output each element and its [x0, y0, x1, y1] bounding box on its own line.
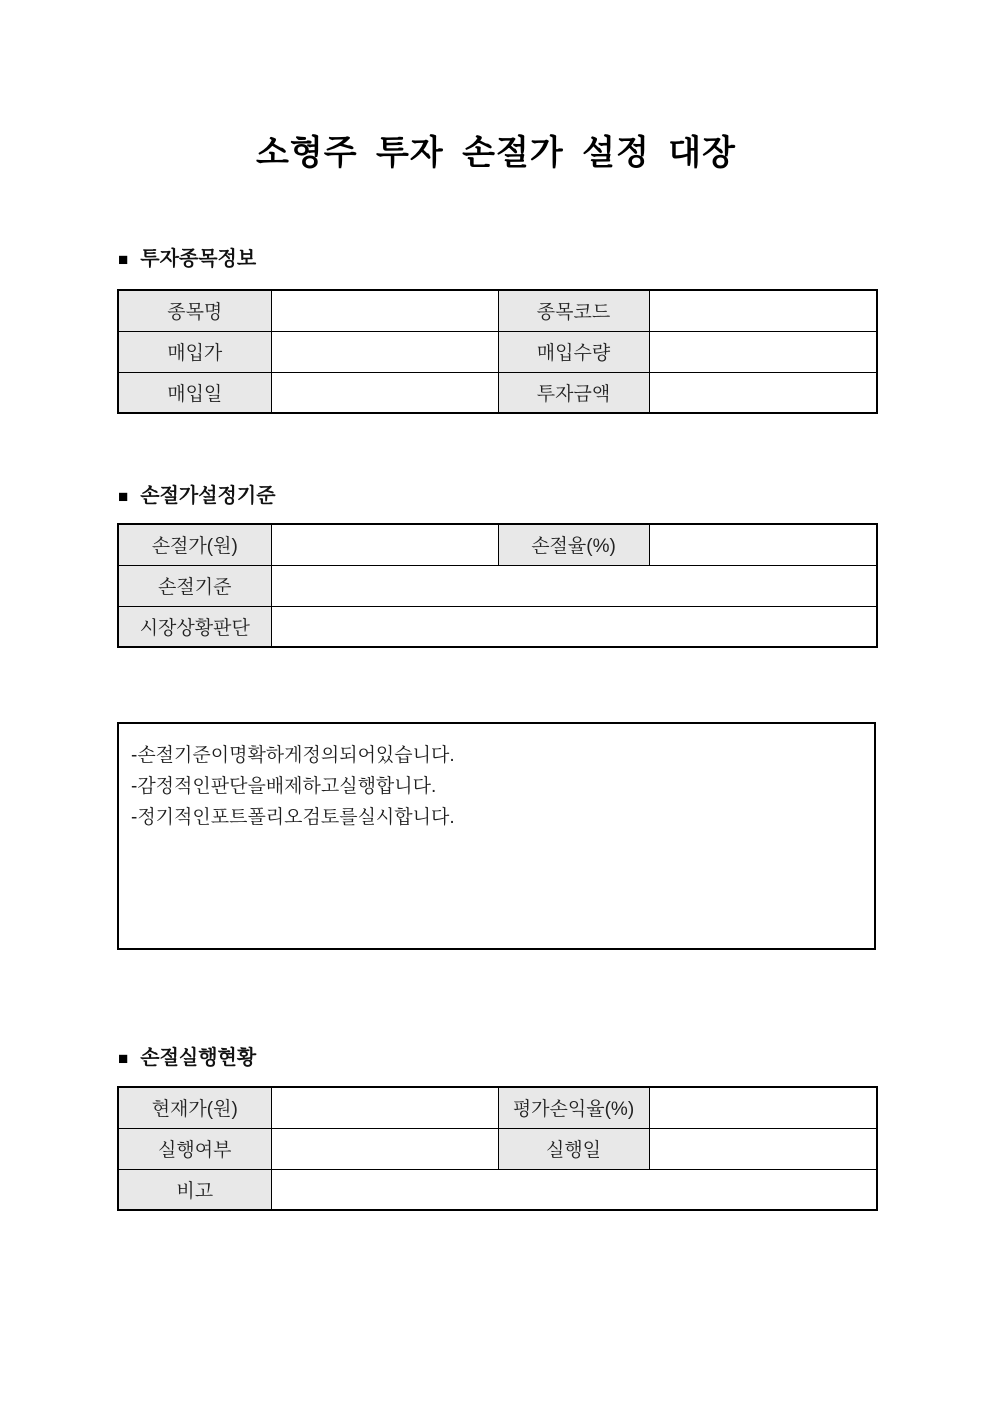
table-row: 시장상황판단 — [118, 606, 877, 647]
bullet-square-icon: ■ — [118, 1050, 128, 1067]
bullet-square-icon: ■ — [118, 488, 128, 505]
label-cell: 매입일 — [118, 372, 271, 413]
label-cell: 비고 — [118, 1169, 271, 1210]
label-cell: 투자금액 — [498, 372, 649, 413]
section-heading-stoploss-execution: ■ 손절실행현황 — [118, 1046, 256, 1070]
value-cell — [649, 524, 877, 565]
stock-info-table: 종목명 종목코드 매입가 매입수량 매입일 투자금액 — [117, 289, 878, 414]
table-row: 비고 — [118, 1169, 877, 1210]
label-cell: 평가손익율(%) — [498, 1087, 649, 1128]
value-cell — [649, 331, 877, 372]
note-line: -손절기준이명확하게정의되어있습니다. — [131, 740, 860, 771]
label-cell: 현재가(원) — [118, 1087, 271, 1128]
table-row: 실행여부 실행일 — [118, 1128, 877, 1169]
label-cell: 종목명 — [118, 290, 271, 331]
table-row: 손절가(원) 손절율(%) — [118, 524, 877, 565]
label-cell: 실행여부 — [118, 1128, 271, 1169]
section-title: 투자종목정보 — [140, 247, 256, 271]
value-cell — [649, 1087, 877, 1128]
note-line: -감정적인판단을배제하고실행합니다. — [131, 771, 860, 802]
stoploss-criteria-table: 손절가(원) 손절율(%) 손절기준 시장상황판단 — [117, 523, 878, 648]
label-cell: 시장상황판단 — [118, 606, 271, 647]
table-row: 현재가(원) 평가손익율(%) — [118, 1087, 877, 1128]
section-title: 손절실행현황 — [140, 1046, 256, 1070]
value-cell — [271, 331, 498, 372]
bullet-square-icon: ■ — [118, 251, 128, 268]
value-cell — [271, 1169, 877, 1210]
table-row: 손절기준 — [118, 565, 877, 606]
document-title: 소형주 투자 손절가 설정 대장 — [0, 131, 992, 175]
label-cell: 실행일 — [498, 1128, 649, 1169]
label-cell: 매입가 — [118, 331, 271, 372]
label-cell: 손절가(원) — [118, 524, 271, 565]
value-cell — [649, 372, 877, 413]
value-cell — [649, 290, 877, 331]
value-cell — [271, 1087, 498, 1128]
value-cell — [271, 290, 498, 331]
document-page: 소형주 투자 손절가 설정 대장 ■ 투자종목정보 종목명 종목코드 매입가 매… — [0, 0, 992, 1403]
value-cell — [271, 606, 877, 647]
value-cell — [271, 372, 498, 413]
section-heading-stock-info: ■ 투자종목정보 — [118, 247, 256, 271]
value-cell — [271, 565, 877, 606]
stoploss-execution-table: 현재가(원) 평가손익율(%) 실행여부 실행일 비고 — [117, 1086, 878, 1211]
section-heading-stoploss-criteria: ■ 손절가설정기준 — [118, 484, 276, 508]
notes-box: -손절기준이명확하게정의되어있습니다. -감정적인판단을배제하고실행합니다. -… — [117, 722, 876, 950]
label-cell: 손절기준 — [118, 565, 271, 606]
value-cell — [271, 1128, 498, 1169]
section-title: 손절가설정기준 — [140, 484, 275, 508]
label-cell: 손절율(%) — [498, 524, 649, 565]
table-row: 매입가 매입수량 — [118, 331, 877, 372]
value-cell — [649, 1128, 877, 1169]
value-cell — [271, 524, 498, 565]
label-cell: 매입수량 — [498, 331, 649, 372]
table-row: 종목명 종목코드 — [118, 290, 877, 331]
table-row: 매입일 투자금액 — [118, 372, 877, 413]
label-cell: 종목코드 — [498, 290, 649, 331]
note-line: -정기적인포트폴리오검토를실시합니다. — [131, 802, 860, 833]
